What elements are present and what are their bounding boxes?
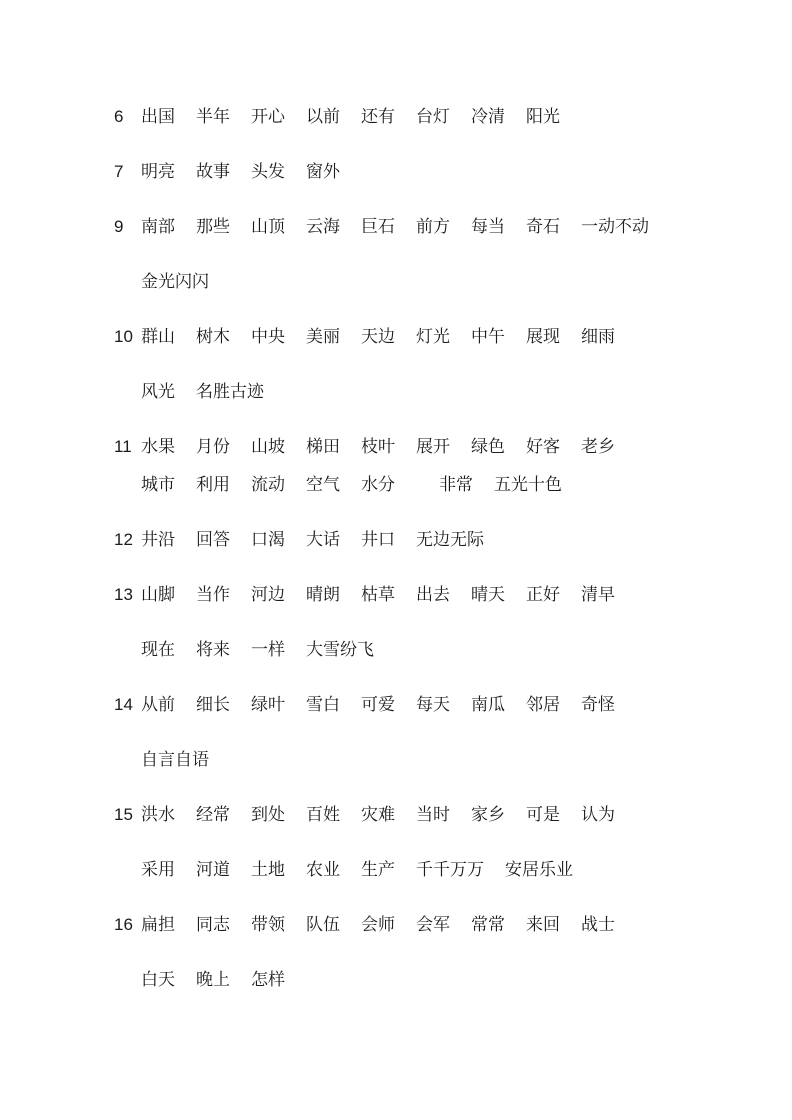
word-list-row: 14从前细长绿叶雪白可爱每天南瓜邻居奇怪	[114, 696, 752, 714]
vocab-word: 细长	[196, 695, 230, 714]
vocab-word: 以前	[306, 107, 340, 126]
vocab-word: 千千万万	[416, 860, 484, 879]
vocab-word: 口渴	[251, 530, 285, 549]
vocab-word: 故事	[196, 162, 230, 181]
vocab-word: 当时	[416, 805, 450, 824]
vocab-word: 枯草	[361, 585, 395, 604]
vocab-word: 窗外	[306, 162, 340, 181]
vocab-word: 百姓	[306, 805, 340, 824]
vocab-word: 白天	[141, 970, 175, 989]
lesson-number: 13	[114, 586, 141, 604]
vocab-word: 认为	[581, 805, 615, 824]
word-list-row: 13山脚当作河边晴朗枯草出去晴天正好清早	[114, 586, 752, 604]
word-list-row-continuation: 采用河道土地农业生产千千万万安居乐业	[114, 861, 752, 879]
vocab-word: 中午	[471, 327, 505, 346]
vocab-word: 树木	[196, 327, 230, 346]
vocab-word: 井沿	[141, 530, 175, 549]
vocab-word: 自言自语	[141, 750, 209, 769]
vocab-word: 山脚	[141, 585, 175, 604]
vocab-word: 开心	[251, 107, 285, 126]
vocab-word: 名胜古迹	[196, 382, 264, 401]
vocab-word: 月份	[196, 437, 230, 456]
vocab-word: 南瓜	[471, 695, 505, 714]
vocab-word: 回答	[196, 530, 230, 549]
vocab-word: 金光闪闪	[141, 272, 209, 291]
vocab-word: 梯田	[306, 437, 340, 456]
vocab-word: 水分	[361, 475, 395, 494]
word-list-row-continuation: 风光名胜古迹	[114, 383, 752, 401]
vocab-word: 河道	[196, 860, 230, 879]
vocab-word: 邻居	[526, 695, 560, 714]
vocab-word: 台灯	[416, 107, 450, 126]
word-list-row-continuation: 自言自语	[114, 751, 752, 769]
vocab-word: 山顶	[251, 217, 285, 236]
vocab-word: 明亮	[141, 162, 175, 181]
lesson-number: 16	[114, 916, 141, 934]
word-list-row: 7明亮故事头发窗外	[114, 163, 752, 181]
vocab-word: 会军	[416, 915, 450, 934]
vocab-word: 灯光	[416, 327, 450, 346]
vocab-word: 水果	[141, 437, 175, 456]
vocab-word: 绿叶	[251, 695, 285, 714]
word-list-row-continuation: 白天晚上怎样	[114, 971, 752, 989]
vocab-word: 流动	[251, 475, 285, 494]
vocab-word: 展现	[526, 327, 560, 346]
vocab-word: 洪水	[141, 805, 175, 824]
vocab-word: 非常	[439, 475, 473, 494]
vocab-word: 一动不动	[581, 217, 649, 236]
word-list-row: 10群山树木中央美丽天边灯光中午展现细雨	[114, 328, 752, 346]
lesson-number: 6	[114, 108, 141, 126]
vocab-word: 战士	[581, 915, 615, 934]
vocab-word: 山坡	[251, 437, 285, 456]
vocab-word: 将来	[196, 640, 230, 659]
vocab-word: 空气	[306, 475, 340, 494]
word-list-row: 6出国半年开心以前还有台灯冷清阳光	[114, 108, 752, 126]
vocab-word: 巨石	[361, 217, 395, 236]
vocab-word: 阳光	[526, 107, 560, 126]
vocab-word: 天边	[361, 327, 395, 346]
vocab-word: 绿色	[471, 437, 505, 456]
vocab-word: 同志	[196, 915, 230, 934]
word-list-row: 9南部那些山顶云海巨石前方每当奇石一动不动	[114, 218, 752, 236]
lesson-number: 15	[114, 806, 141, 824]
vocab-word: 半年	[196, 107, 230, 126]
vocab-word: 井口	[361, 530, 395, 549]
vocab-word: 细雨	[581, 327, 615, 346]
word-list-row-continuation: 现在将来一样大雪纷飞	[114, 641, 752, 659]
vocab-word: 群山	[141, 327, 175, 346]
word-list-row: 12井沿回答口渴大话井口无边无际	[114, 531, 752, 549]
vocab-word: 那些	[196, 217, 230, 236]
vocab-word: 好客	[526, 437, 560, 456]
vocab-word: 晴朗	[306, 585, 340, 604]
vocab-word: 队伍	[306, 915, 340, 934]
vocab-word: 一样	[251, 640, 285, 659]
vocab-word: 中央	[251, 327, 285, 346]
vocab-word: 美丽	[306, 327, 340, 346]
vocab-word: 扁担	[141, 915, 175, 934]
vocab-word: 正好	[526, 585, 560, 604]
vocab-word: 土地	[251, 860, 285, 879]
vocab-word: 五光十色	[494, 475, 562, 494]
vocab-word: 生产	[361, 860, 395, 879]
vocab-word: 前方	[416, 217, 450, 236]
lesson-number: 10	[114, 328, 141, 346]
lesson-number: 11	[114, 438, 141, 456]
vocab-word: 带领	[251, 915, 285, 934]
word-list-row: 15洪水经常到处百姓灾难当时家乡可是认为	[114, 806, 752, 824]
vocab-word: 奇石	[526, 217, 560, 236]
vocab-word: 安居乐业	[505, 860, 573, 879]
document-page: { "page": { "background": "#ffffff", "te…	[0, 0, 792, 1120]
vocab-word: 冷清	[471, 107, 505, 126]
vocab-word: 每天	[416, 695, 450, 714]
vocab-word: 云海	[306, 217, 340, 236]
vocab-word: 利用	[196, 475, 230, 494]
vocab-word: 会师	[361, 915, 395, 934]
lesson-number: 7	[114, 163, 141, 181]
vocab-word: 大话	[306, 530, 340, 549]
vocab-word: 晚上	[196, 970, 230, 989]
vocab-word: 现在	[141, 640, 175, 659]
vocab-word: 经常	[196, 805, 230, 824]
vocab-word: 怎样	[251, 970, 285, 989]
vocab-word: 头发	[251, 162, 285, 181]
vocab-word-list: 6出国半年开心以前还有台灯冷清阳光7明亮故事头发窗外9南部那些山顶云海巨石前方每…	[114, 108, 752, 989]
vocab-word: 老乡	[581, 437, 615, 456]
vocab-word: 南部	[141, 217, 175, 236]
vocab-word: 可是	[526, 805, 560, 824]
vocab-word: 清早	[581, 585, 615, 604]
vocab-word: 农业	[306, 860, 340, 879]
vocab-word: 灾难	[361, 805, 395, 824]
vocab-word: 河边	[251, 585, 285, 604]
vocab-word: 展开	[416, 437, 450, 456]
vocab-word: 奇怪	[581, 695, 615, 714]
vocab-word: 家乡	[471, 805, 505, 824]
word-list-document: 6出国半年开心以前还有台灯冷清阳光7明亮故事头发窗外9南部那些山顶云海巨石前方每…	[0, 0, 792, 1120]
vocab-word: 当作	[196, 585, 230, 604]
vocab-word: 风光	[141, 382, 175, 401]
vocab-word: 采用	[141, 860, 175, 879]
vocab-word: 可爱	[361, 695, 395, 714]
vocab-word: 还有	[361, 107, 395, 126]
vocab-word: 城市	[141, 475, 175, 494]
word-list-row-continuation: 金光闪闪	[114, 273, 752, 291]
vocab-word: 雪白	[306, 695, 340, 714]
vocab-word: 枝叶	[361, 437, 395, 456]
vocab-word: 每当	[471, 217, 505, 236]
vocab-word: 到处	[251, 805, 285, 824]
word-list-row: 11水果月份山坡梯田枝叶展开绿色好客老乡	[114, 438, 752, 456]
vocab-word: 来回	[526, 915, 560, 934]
word-list-row: 16扁担同志带领队伍会师会军常常来回战士	[114, 916, 752, 934]
vocab-word: 出去	[416, 585, 450, 604]
vocab-word: 出国	[141, 107, 175, 126]
vocab-word: 从前	[141, 695, 175, 714]
word-list-row-continuation: 城市利用流动空气水分非常五光十色	[114, 476, 752, 494]
lesson-number: 14	[114, 696, 141, 714]
lesson-number: 9	[114, 218, 141, 236]
vocab-word: 大雪纷飞	[306, 640, 374, 659]
lesson-number: 12	[114, 531, 141, 549]
vocab-word: 常常	[471, 915, 505, 934]
vocab-word: 无边无际	[416, 530, 484, 549]
vocab-word: 晴天	[471, 585, 505, 604]
